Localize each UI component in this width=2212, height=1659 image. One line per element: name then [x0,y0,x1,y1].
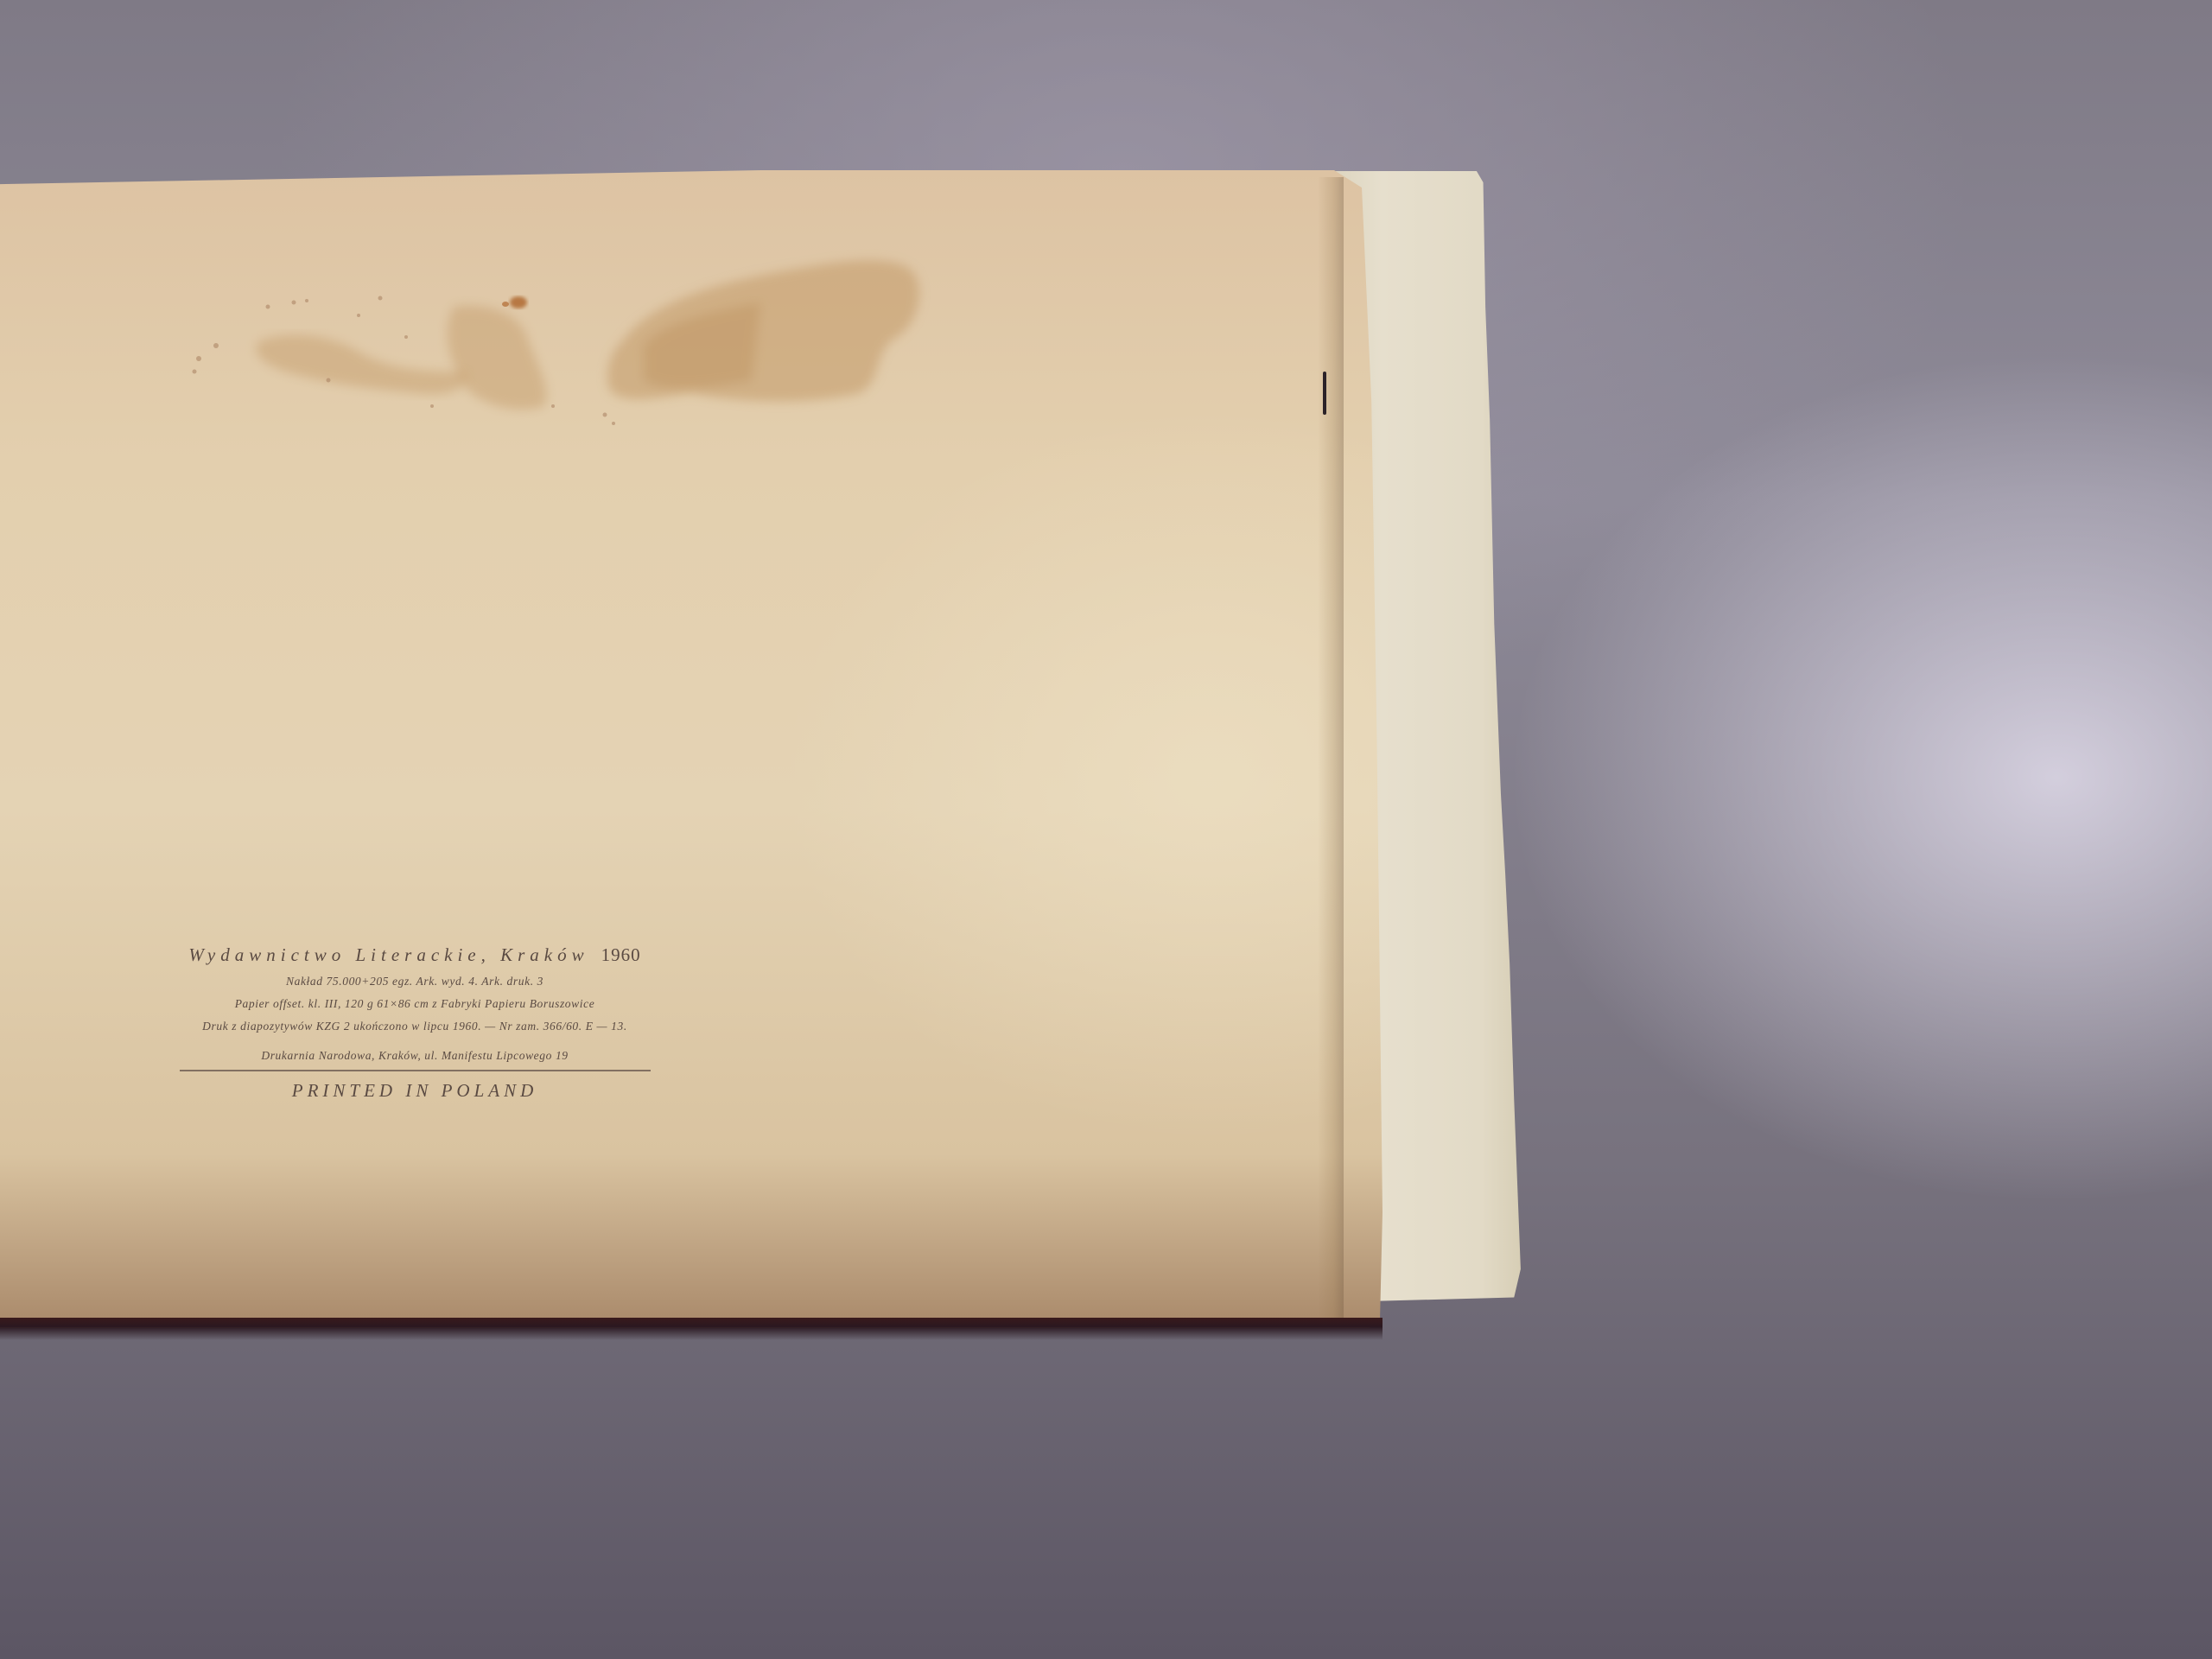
printing-line: Druk z diapozytywów KZG 2 ukończono w li… [104,1020,726,1033]
book-page [0,170,1382,1328]
printed-in-label: PRINTED IN POLAND [104,1080,726,1102]
colophon: Wydawnictwo Literackie, Kraków1960 Nakła… [104,944,726,1102]
print-run-line: Nakład 75.000+205 egz. Ark. wyd. 4. Ark.… [104,975,726,988]
publisher-name: Wydawnictwo Literackie, Kraków [188,944,588,965]
publisher-line: Wydawnictwo Literackie, Kraków1960 [104,944,726,966]
paper-line: Papier offset. kl. III, 120 g 61×86 cm z… [104,997,726,1011]
photo-scene: Wydawnictwo Literackie, Kraków1960 Nakła… [0,0,2212,1659]
binding-gap [1323,372,1326,415]
page-bottom-shadow [0,1318,1382,1340]
publication-year: 1960 [601,944,641,965]
page-gutter-shade [1318,177,1344,1318]
divider [180,1070,651,1071]
printer-line: Drukarnia Narodowa, Kraków, ul. Manifest… [104,1049,726,1063]
